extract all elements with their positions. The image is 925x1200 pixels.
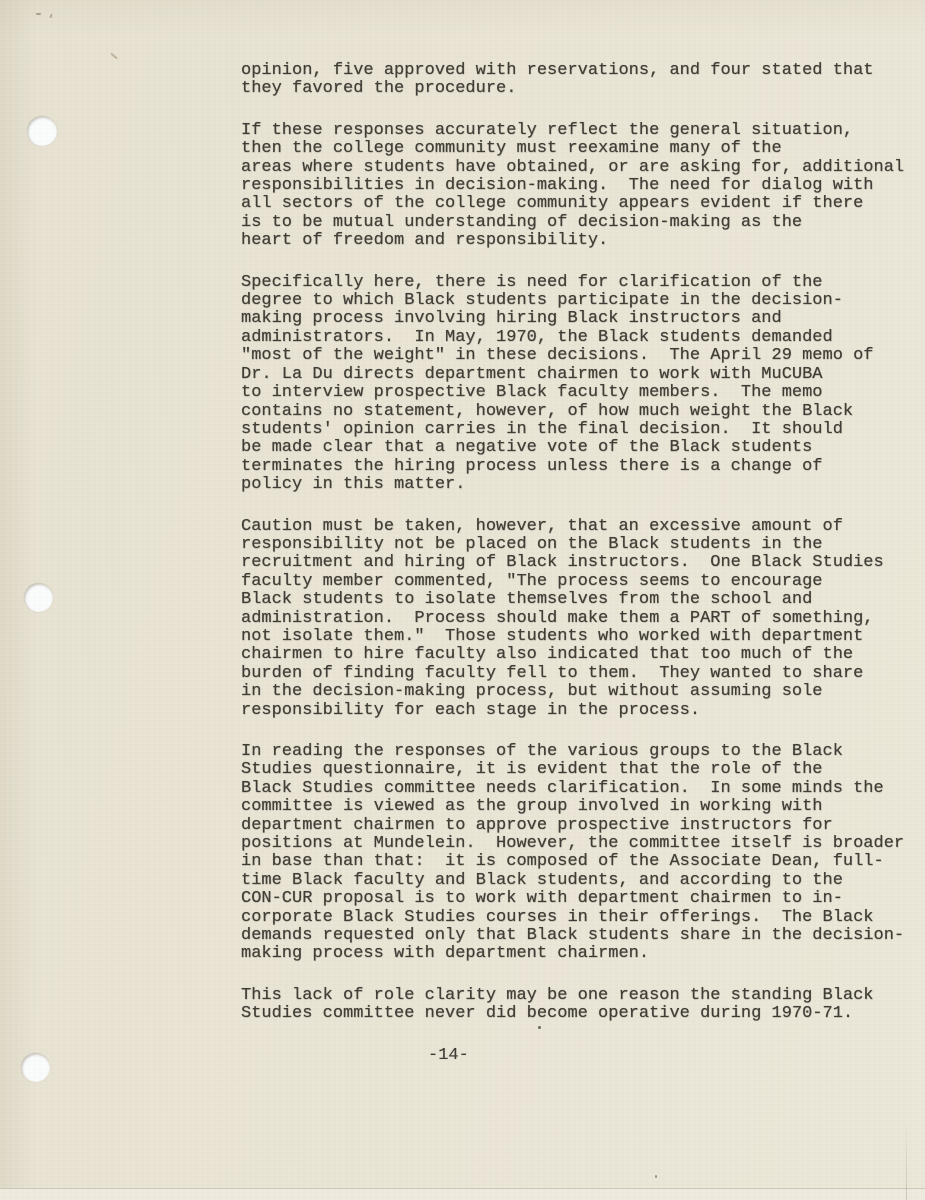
ink-speck	[655, 1175, 657, 1178]
paper-crease	[906, 1118, 907, 1200]
paragraph-2: If these responses accurately reflect th…	[241, 122, 921, 251]
hole-punch-bottom	[21, 1053, 50, 1082]
scanned-page: opinion, five approved with reservations…	[0, 0, 925, 1200]
hole-punch-top	[27, 116, 57, 146]
paragraph-5: In reading the responses of the various …	[241, 743, 921, 964]
paragraph-3: Specifically here, there is need for cla…	[241, 274, 921, 495]
typed-text-column: opinion, five approved with reservations…	[241, 62, 921, 1065]
paper-speck	[36, 13, 41, 15]
paper-bottom-edge	[0, 1188, 925, 1200]
hole-punch-middle	[24, 583, 53, 612]
paragraph-6: This lack of role clarity may be one rea…	[241, 987, 921, 1024]
paper-smudge	[110, 53, 117, 60]
paragraph-1: opinion, five approved with reservations…	[241, 62, 921, 99]
page-number: -14-	[241, 1047, 921, 1065]
paragraph-4: Caution must be taken, however, that an …	[241, 518, 921, 720]
paper-speck	[49, 14, 52, 18]
